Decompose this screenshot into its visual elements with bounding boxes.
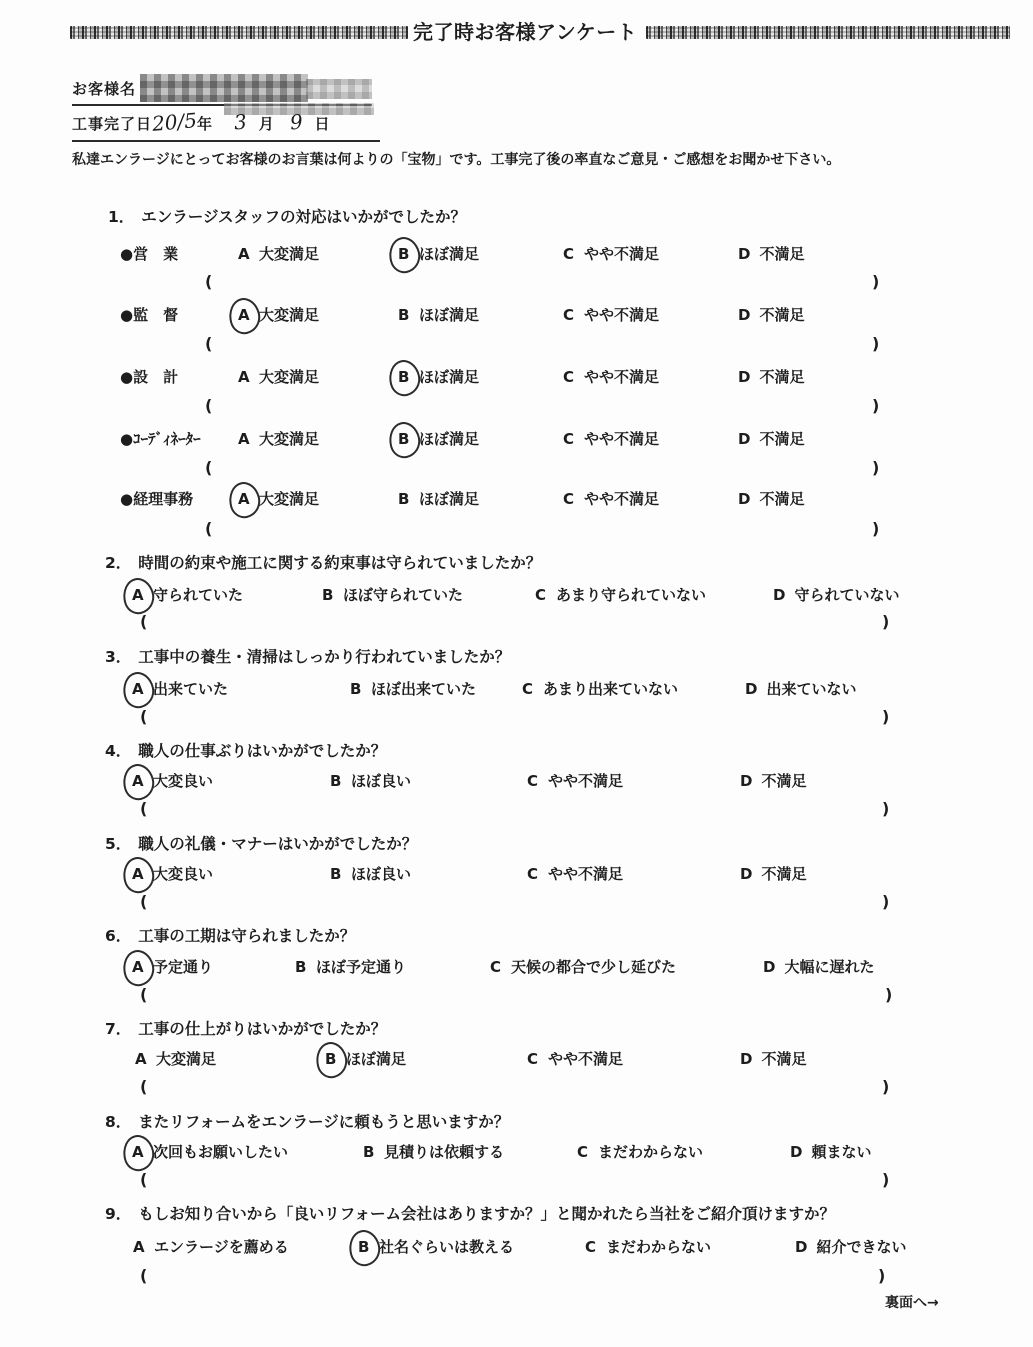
q6-option-b: Bほぼ予定通り — [295, 956, 406, 977]
q9-option-a-letter: A — [133, 1238, 145, 1256]
q1-row-supervisor-label: ●監 督 — [120, 304, 178, 325]
q4-option-c-letter: C — [527, 772, 539, 790]
q1-coordinator-option-a-letter: A — [238, 430, 250, 448]
q3-option-d-text: 出来ていない — [766, 680, 856, 698]
q1-sales-option-b-text: ほぼ満足 — [419, 245, 479, 263]
q1-coordinator-option-d-letter: D — [738, 430, 750, 448]
q1-accounting-option-b: Bほぼ満足 — [398, 488, 479, 509]
q2-option-a-text: 守られていた — [153, 586, 243, 604]
handwritten-day: 9 — [289, 109, 304, 134]
q3-paren-close: ) — [882, 707, 889, 726]
q6-option-c-letter: C — [490, 958, 502, 976]
q4-number: 4． — [105, 742, 131, 760]
q8-option-a-text: 次回もお願いしたい — [153, 1143, 288, 1161]
q7-option-a-letter: A — [135, 1050, 147, 1068]
q1-sales-option-a-letter: A — [238, 245, 250, 263]
redaction-noise-band-right — [646, 26, 1010, 39]
q4-option-a-text: 大変良い — [153, 772, 213, 790]
q3-option-c-text: あまり出来ていない — [543, 680, 678, 698]
q9-text: もしお知り合いから「良いリフォーム会社はありますか？」と聞かれたら当社をご紹介頂… — [138, 1205, 835, 1223]
q2-option-c-letter: C — [535, 586, 547, 604]
redacted-customer-name-tail — [306, 79, 372, 99]
q4-option-c: Cやや不満足 — [527, 770, 623, 791]
q6-paren-close: ) — [885, 985, 892, 1004]
q6-paren-open: ( — [140, 985, 147, 1004]
q1-sales-option-b-letter: B — [398, 245, 410, 263]
q3-option-a-letter: A — [132, 680, 144, 698]
q4-option-b: Bほぼ良い — [330, 770, 411, 791]
q6-option-d: D大幅に遅れた — [763, 956, 874, 977]
q3-paren-open: ( — [140, 707, 147, 726]
q5-option-d-letter: D — [740, 865, 752, 883]
q2-option-b-text: ほぼ守られていた — [343, 586, 463, 604]
q1-supervisor-option-d: D不満足 — [738, 304, 804, 325]
q8-paren-close: ) — [882, 1170, 889, 1189]
q1-design-option-a: A大変満足 — [238, 366, 319, 387]
q4-option-a: A大変良い — [132, 770, 213, 791]
q2-paren-close: ) — [882, 612, 889, 631]
q6-option-a: A予定通り — [132, 956, 213, 977]
q1-design-option-a-letter: A — [238, 368, 250, 386]
q9-option-b: B社名ぐらいは教える — [358, 1236, 514, 1257]
q1-sales-option-d-letter: D — [738, 245, 750, 263]
day-unit: 日 — [314, 115, 329, 133]
q4-option-a-letter: A — [132, 772, 144, 790]
q1-supervisor-option-d-text: 不満足 — [759, 306, 804, 324]
q5-paren-open: ( — [140, 892, 147, 911]
q1-row-design: ●設 計 A大変満足 Bほぼ満足 Cやや不満足 D不満足 — [0, 366, 1033, 400]
q7-option-b-letter: B — [325, 1050, 337, 1068]
q7-option-c-text: やや不満足 — [548, 1050, 623, 1068]
q3-option-b-text: ほぼ出来ていた — [371, 680, 476, 698]
q7-option-d-text: 不満足 — [761, 1050, 806, 1068]
q1-design-option-b-letter: B — [398, 368, 410, 386]
q1-accounting-option-c-text: やや不満足 — [584, 490, 659, 508]
q1-accounting-option-a: A大変満足 — [238, 488, 319, 509]
q1-accounting-option-a-letter: A — [238, 490, 250, 508]
q9-option-d-letter: D — [795, 1238, 807, 1256]
q6-option-b-letter: B — [295, 958, 307, 976]
q6-text: 工事の工期は守られましたか？ — [138, 927, 355, 945]
q1-coordinator-option-b-letter: B — [398, 430, 410, 448]
q1-design-option-d: D不満足 — [738, 366, 804, 387]
q1-coordinator-option-b: Bほぼ満足 — [398, 428, 479, 449]
q9-title: 9．もしお知り合いから「良いリフォーム会社はありますか？」と聞かれたら当社をご紹… — [105, 1202, 835, 1224]
q1-design-option-a-text: 大変満足 — [259, 368, 319, 386]
q8-option-b-letter: B — [363, 1143, 375, 1161]
year-unit: 年 — [197, 115, 212, 133]
q1-supervisor-option-c: Cやや不満足 — [563, 304, 659, 325]
q3-option-c: Cあまり出来ていない — [522, 678, 678, 699]
q4-option-b-letter: B — [330, 772, 342, 790]
q2-options: A守られていた Bほぼ守られていた Cあまり守られていない D守られていない — [0, 584, 1033, 618]
q6-option-c: C天候の都合で少し延びた — [490, 956, 676, 977]
q7-option-a-text: 大変満足 — [156, 1050, 216, 1068]
q5-option-c: Cやや不満足 — [527, 863, 623, 884]
month-unit: 月 — [259, 115, 274, 133]
q8-option-d-text: 頼まない — [811, 1143, 871, 1161]
page-title: 完了時お客様アンケート — [413, 16, 637, 45]
q1-row2-paren-open: ( — [205, 334, 212, 353]
q1-design-option-b: Bほぼ満足 — [398, 366, 479, 387]
q1-design-option-b-text: ほぼ満足 — [419, 368, 479, 386]
q1-row-sales-label: ●営 業 — [120, 243, 178, 264]
q6-options: A予定通り Bほぼ予定通り C天候の都合で少し延びた D大幅に遅れた — [0, 956, 1033, 990]
q1-row5-paren-open: ( — [205, 519, 212, 538]
q1-row-coordinator-label: ●ｺｰﾃﾞｨﾈｰﾀｰ — [120, 428, 201, 449]
q4-option-c-text: やや不満足 — [548, 772, 623, 790]
q1-design-option-c-text: やや不満足 — [584, 368, 659, 386]
q1-accounting-option-b-text: ほぼ満足 — [419, 490, 479, 508]
back-side-note: 裏面へ→ — [885, 1292, 939, 1312]
redaction-noise-band-left — [70, 26, 408, 39]
q3-number: 3． — [105, 648, 131, 666]
q8-option-d: D頼まない — [790, 1141, 871, 1162]
q1-coordinator-option-c-text: やや不満足 — [584, 430, 659, 448]
q5-option-b-text: ほぼ良い — [351, 865, 411, 883]
q5-option-a-letter: A — [132, 865, 144, 883]
q5-option-c-text: やや不満足 — [548, 865, 623, 883]
q2-title: 2．時間の約束や施工に関する約束事は守られていましたか？ — [105, 551, 541, 573]
q7-paren-open: ( — [140, 1077, 147, 1096]
q5-option-b-letter: B — [330, 865, 342, 883]
q1-supervisor-option-d-letter: D — [738, 306, 750, 324]
q5-option-b: Bほぼ良い — [330, 863, 411, 884]
q9-option-b-letter: B — [358, 1238, 370, 1256]
q5-option-a-text: 大変良い — [153, 865, 213, 883]
q2-option-b-letter: B — [322, 586, 334, 604]
q8-text: またリフォームをエンラージに頼もうと思いますか？ — [138, 1113, 509, 1131]
completion-date-label: 工事完了日 — [72, 115, 152, 133]
handwritten-month: 3 — [233, 109, 248, 134]
handwritten-year: 20/5 — [151, 108, 198, 136]
q4-option-d-text: 不満足 — [761, 772, 806, 790]
q1-sales-option-c-text: やや不満足 — [584, 245, 659, 263]
q1-design-option-c-letter: C — [563, 368, 575, 386]
q4-option-b-text: ほぼ良い — [351, 772, 411, 790]
q9-option-c: Cまだわからない — [585, 1236, 711, 1257]
q5-option-d: D不満足 — [740, 863, 806, 884]
q8-option-a: A次回もお願いしたい — [132, 1141, 288, 1162]
q1-accounting-option-a-text: 大変満足 — [259, 490, 319, 508]
q8-option-c-letter: C — [577, 1143, 589, 1161]
q9-paren-close: ) — [878, 1266, 885, 1285]
q3-text: 工事中の養生・清掃はしっかり行われていましたか？ — [138, 648, 510, 666]
q7-option-d-letter: D — [740, 1050, 752, 1068]
q1-supervisor-option-b-letter: B — [398, 306, 410, 324]
q8-option-a-letter: A — [132, 1143, 144, 1161]
q1-coordinator-option-d: D不満足 — [738, 428, 804, 449]
q7-options: A大変満足 Bほぼ満足 Cやや不満足 D不満足 — [0, 1048, 1033, 1082]
q5-options: A大変良い Bほぼ良い Cやや不満足 D不満足 — [0, 863, 1033, 897]
q1-row-supervisor: ●監 督 A大変満足 Bほぼ満足 Cやや不満足 D不満足 — [0, 304, 1033, 338]
q1-supervisor-option-a-letter: A — [238, 306, 250, 324]
q1-design-option-d-letter: D — [738, 368, 750, 386]
q1-row5-paren-close: ) — [872, 519, 879, 538]
q6-option-c-text: 天候の都合で少し延びた — [511, 958, 676, 976]
q1-row-accounting: ●経理事務 A大変満足 Bほぼ満足 Cやや不満足 D不満足 — [0, 488, 1033, 522]
q5-text: 職人の礼儀・マナーはいかがでしたか？ — [138, 835, 417, 853]
q1-number: 1． — [108, 208, 134, 226]
q1-row-design-label: ●設 計 — [120, 366, 178, 387]
q4-text: 職人の仕事ぶりはいかがでしたか？ — [138, 742, 386, 760]
q2-option-d-text: 守られていない — [794, 586, 899, 604]
q1-supervisor-option-a: A大変満足 — [238, 304, 319, 325]
q6-option-d-text: 大幅に遅れた — [784, 958, 874, 976]
q7-option-a: A大変満足 — [135, 1048, 216, 1069]
completion-date-field: 工事完了日20/5年3月9日 — [72, 110, 380, 142]
q1-sales-option-a: A大変満足 — [238, 243, 319, 264]
q7-option-c: Cやや不満足 — [527, 1048, 623, 1069]
q1-row1-paren-open: ( — [205, 272, 212, 291]
q2-option-d: D守られていない — [773, 584, 899, 605]
q7-number: 7． — [105, 1020, 131, 1038]
q3-option-c-letter: C — [522, 680, 534, 698]
q1-row-accounting-label: ●経理事務 — [120, 488, 193, 509]
q3-option-a: A出来ていた — [132, 678, 228, 699]
q1-row3-paren-close: ) — [872, 396, 879, 415]
customer-name-label: お客様名 — [72, 80, 136, 98]
q2-option-d-letter: D — [773, 586, 785, 604]
q3-option-d: D出来ていない — [745, 678, 856, 699]
q1-supervisor-option-b: Bほぼ満足 — [398, 304, 479, 325]
q6-option-d-letter: D — [763, 958, 775, 976]
q1-row4-paren-close: ) — [872, 458, 879, 477]
q8-title: 8．またリフォームをエンラージに頼もうと思いますか？ — [105, 1110, 509, 1132]
q1-sales-option-d: D不満足 — [738, 243, 804, 264]
q3-option-b-letter: B — [350, 680, 362, 698]
q1-supervisor-option-c-letter: C — [563, 306, 575, 324]
q8-options: A次回もお願いしたい B見積りは依頼する Cまだわからない D頼まない — [0, 1141, 1033, 1175]
redacted-customer-name — [140, 74, 308, 102]
q1-coordinator-option-c-letter: C — [563, 430, 575, 448]
q2-option-a: A守られていた — [132, 584, 243, 605]
q1-row4-paren-open: ( — [205, 458, 212, 477]
q8-option-b-text: 見積りは依頼する — [384, 1143, 504, 1161]
q5-option-d-text: 不満足 — [761, 865, 806, 883]
q1-row1-paren-close: ) — [872, 272, 879, 291]
q6-option-a-text: 予定通り — [153, 958, 213, 976]
q8-paren-open: ( — [140, 1170, 147, 1189]
q1-supervisor-option-a-text: 大変満足 — [259, 306, 319, 324]
q1-accounting-option-c: Cやや不満足 — [563, 488, 659, 509]
q4-paren-close: ) — [882, 799, 889, 818]
q5-paren-close: ) — [882, 892, 889, 911]
q3-option-b: Bほぼ出来ていた — [350, 678, 476, 699]
q1-coordinator-option-b-text: ほぼ満足 — [419, 430, 479, 448]
q1-accounting-option-d-text: 不満足 — [759, 490, 804, 508]
q7-option-d: D不満足 — [740, 1048, 806, 1069]
q7-title: 7．工事の仕上がりはいかがでしたか？ — [105, 1017, 386, 1039]
q4-option-d-letter: D — [740, 772, 752, 790]
q7-option-b-text: ほぼ満足 — [346, 1050, 406, 1068]
q8-option-b: B見積りは依頼する — [363, 1141, 504, 1162]
q5-number: 5． — [105, 835, 131, 853]
q9-option-d: D紹介できない — [795, 1236, 906, 1257]
q6-title: 6．工事の工期は守られましたか？ — [105, 924, 355, 946]
q9-options: Aエンラージを薦める B社名ぐらいは教える Cまだわからない D紹介できない — [0, 1236, 1033, 1270]
q6-option-b-text: ほぼ予定通り — [316, 958, 406, 976]
q3-option-d-letter: D — [745, 680, 757, 698]
q9-option-b-text: 社名ぐらいは教える — [379, 1238, 514, 1256]
q1-sales-option-a-text: 大変満足 — [259, 245, 319, 263]
q1-coordinator-option-c: Cやや不満足 — [563, 428, 659, 449]
q4-option-d: D不満足 — [740, 770, 806, 791]
q4-paren-open: ( — [140, 799, 147, 818]
q6-option-a-letter: A — [132, 958, 144, 976]
q1-supervisor-option-c-text: やや不満足 — [584, 306, 659, 324]
q6-number: 6． — [105, 927, 131, 945]
q1-row3-paren-open: ( — [205, 396, 212, 415]
q1-sales-option-b: Bほぼ満足 — [398, 243, 479, 264]
q1-sales-option-c-letter: C — [563, 245, 575, 263]
q1-supervisor-option-b-text: ほぼ満足 — [419, 306, 479, 324]
q1-coordinator-option-d-text: 不満足 — [759, 430, 804, 448]
q2-number: 2． — [105, 554, 131, 572]
q7-option-b: Bほぼ満足 — [325, 1048, 406, 1069]
q9-option-c-letter: C — [585, 1238, 597, 1256]
q1-row-coordinator: ●ｺｰﾃﾞｨﾈｰﾀｰ A大変満足 Bほぼ満足 Cやや不満足 D不満足 — [0, 428, 1033, 462]
q9-option-a-text: エンラージを薦める — [154, 1238, 289, 1256]
q1-text: エンラージスタッフの対応はいかがでしたか？ — [141, 208, 466, 226]
q1-design-option-c: Cやや不満足 — [563, 366, 659, 387]
q9-option-c-text: まだわからない — [606, 1238, 711, 1256]
q5-title: 5．職人の礼儀・マナーはいかがでしたか？ — [105, 832, 417, 854]
q5-option-c-letter: C — [527, 865, 539, 883]
q3-option-a-text: 出来ていた — [153, 680, 228, 698]
q8-option-c-text: まだわからない — [598, 1143, 703, 1161]
q1-sales-option-c: Cやや不満足 — [563, 243, 659, 264]
scanned-survey-page: 完了時お客様アンケート お客様名 工事完了日20/5年3月9日 私達エンラージに… — [0, 0, 1033, 1347]
q2-text: 時間の約束や施工に関する約束事は守られていましたか？ — [138, 554, 541, 572]
q5-option-a: A大変良い — [132, 863, 213, 884]
q1-row2-paren-close: ) — [872, 334, 879, 353]
q1-design-option-d-text: 不満足 — [759, 368, 804, 386]
q3-options: A出来ていた Bほぼ出来ていた Cあまり出来ていない D出来ていない — [0, 678, 1033, 712]
q8-option-d-letter: D — [790, 1143, 802, 1161]
q7-text: 工事の仕上がりはいかがでしたか？ — [138, 1020, 386, 1038]
q1-coordinator-option-a: A大変満足 — [238, 428, 319, 449]
q1-accounting-option-d: D不満足 — [738, 488, 804, 509]
q4-options: A大変良い Bほぼ良い Cやや不満足 D不満足 — [0, 770, 1033, 804]
q1-title: 1．エンラージスタッフの対応はいかがでしたか？ — [108, 205, 466, 227]
q8-number: 8． — [105, 1113, 131, 1131]
q9-paren-open: ( — [140, 1266, 147, 1285]
q7-option-c-letter: C — [527, 1050, 539, 1068]
q9-option-a: Aエンラージを薦める — [133, 1236, 289, 1257]
q8-option-c: Cまだわからない — [577, 1141, 703, 1162]
q1-accounting-option-b-letter: B — [398, 490, 410, 508]
q3-title: 3．工事中の養生・清掃はしっかり行われていましたか？ — [105, 645, 510, 667]
q2-option-c-text: あまり守られていない — [556, 586, 706, 604]
q2-option-b: Bほぼ守られていた — [322, 584, 463, 605]
q7-paren-close: ) — [882, 1077, 889, 1096]
q2-option-c: Cあまり守られていない — [535, 584, 706, 605]
intro-text: 私達エンラージにとってお客様のお言葉は何よりの「宝物」です。工事完了後の率直なご… — [72, 149, 840, 169]
q1-accounting-option-d-letter: D — [738, 490, 750, 508]
q1-accounting-option-c-letter: C — [563, 490, 575, 508]
q1-sales-option-d-text: 不満足 — [759, 245, 804, 263]
q1-coordinator-option-a-text: 大変満足 — [259, 430, 319, 448]
q4-title: 4．職人の仕事ぶりはいかがでしたか？ — [105, 739, 386, 761]
q2-option-a-letter: A — [132, 586, 144, 604]
q9-number: 9． — [105, 1205, 131, 1223]
q2-paren-open: ( — [140, 612, 147, 631]
q9-option-d-text: 紹介できない — [816, 1238, 906, 1256]
